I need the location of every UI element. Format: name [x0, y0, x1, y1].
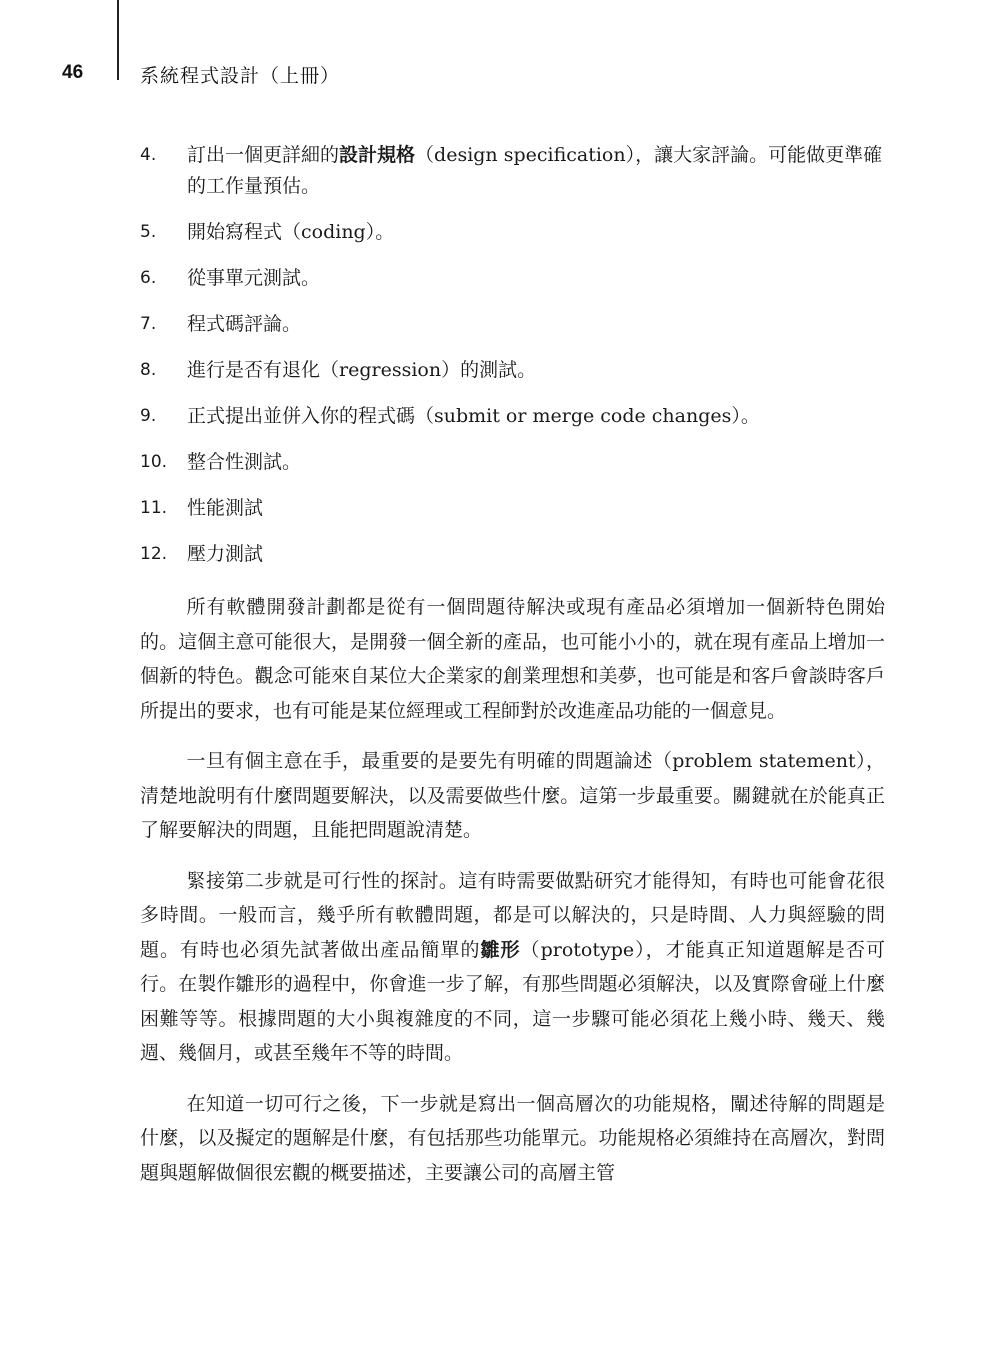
list-text: 訂出一個更詳細的	[187, 144, 339, 166]
list-number: 10.	[140, 447, 167, 478]
bold-term: 設計規格	[339, 144, 415, 166]
list-item: 10. 整合性測試。	[140, 447, 885, 478]
list-number: 6.	[140, 263, 156, 294]
list-number: 5.	[140, 217, 156, 248]
list-item: 8. 進行是否有退化（regression）的測試。	[140, 355, 885, 386]
list-number: 11.	[140, 493, 167, 524]
list-item: 9. 正式提出並併入你的程式碼（submit or merge code cha…	[140, 401, 885, 432]
numbered-list: 4. 訂出一個更詳細的設計規格（design specification），讓大…	[140, 140, 885, 585]
list-number: 12.	[140, 539, 167, 570]
list-item: 6. 從事單元測試。	[140, 263, 885, 294]
list-item: 11. 性能測試	[140, 493, 885, 524]
running-title: 系統程式設計（上冊）	[140, 61, 340, 88]
list-number: 8.	[140, 355, 156, 386]
list-text: 程式碼評論。	[187, 309, 885, 340]
list-item: 7. 程式碼評論。	[140, 309, 885, 340]
list-text: 開始寫程式（coding）。	[187, 217, 885, 248]
page-number: 46	[62, 62, 83, 84]
list-text: 從事單元測試。	[187, 263, 885, 294]
list-text: 正式提出並併入你的程式碼（submit or merge code change…	[187, 401, 885, 432]
paragraph: 所有軟體開發計劃都是從有一個問題待解決或現有產品必須增加一個新特色開始的。這個主…	[140, 590, 885, 728]
list-item: 4. 訂出一個更詳細的設計規格（design specification），讓大…	[140, 140, 885, 202]
paragraph-text: 在知道一切可行之後，下一步就是寫出一個高層次的功能規格，闡述待解的問題是什麼，以…	[140, 1093, 885, 1184]
list-item: 12. 壓力測試	[140, 539, 885, 570]
bold-term: 雛形	[480, 939, 520, 961]
paragraph-text: 一旦有個主意在手，最重要的是要先有明確的問題論述（problem stateme…	[140, 750, 885, 841]
list-text: 性能測試	[187, 493, 885, 524]
list-number: 9.	[140, 401, 156, 432]
paragraph-text: 所有軟體開發計劃都是從有一個問題待解決或現有產品必須增加一個新特色開始的。這個主…	[140, 596, 885, 722]
paragraph: 一旦有個主意在手，最重要的是要先有明確的問題論述（problem stateme…	[140, 744, 885, 848]
paragraph: 緊接第二步就是可行性的探討。這有時需要做點研究才能得知，有時也可能會花很多時間。…	[140, 864, 885, 1071]
body-text: 所有軟體開發計劃都是從有一個問題待解決或現有產品必須增加一個新特色開始的。這個主…	[140, 590, 885, 1206]
list-text: 壓力測試	[187, 539, 885, 570]
header-divider	[117, 0, 119, 80]
paragraph: 在知道一切可行之後，下一步就是寫出一個高層次的功能規格，闡述待解的問題是什麼，以…	[140, 1087, 885, 1191]
list-number: 7.	[140, 309, 156, 340]
list-text: 整合性測試。	[187, 447, 885, 478]
list-text: 進行是否有退化（regression）的測試。	[187, 355, 885, 386]
list-number: 4.	[140, 140, 156, 171]
list-item: 5. 開始寫程式（coding）。	[140, 217, 885, 248]
